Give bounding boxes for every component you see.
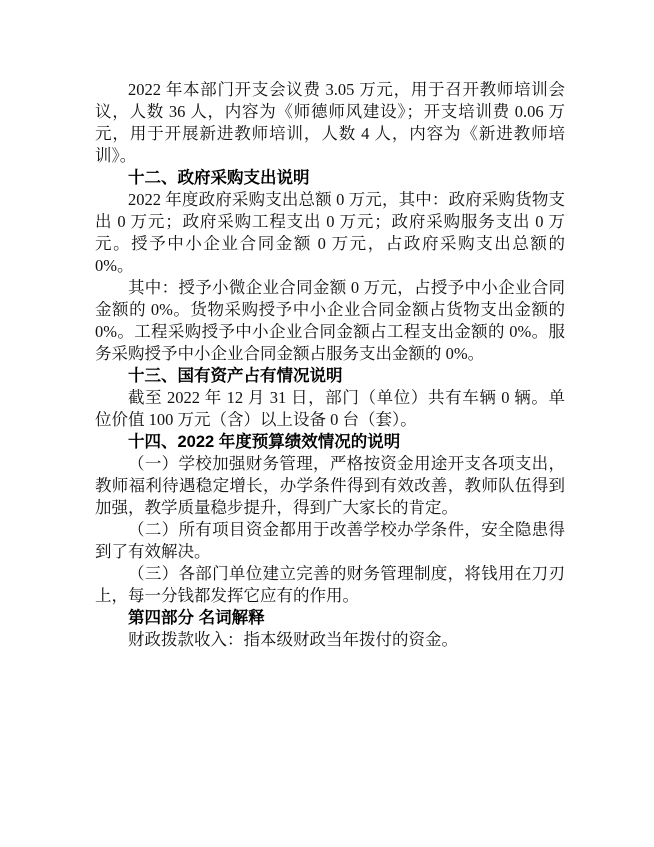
paragraph-procurement-total: 2022 年度政府采购支出总额 0 万元，其中：政府采购货物支出 0 万元；政府… — [95, 189, 565, 277]
paragraph-performance-item-3: （三）各部门单位建立完善的财务管理制度，将钱用在刀刃上，每一分钱都发挥它应有的作… — [95, 563, 565, 607]
paragraph-performance-item-1: （一）学校加强财务管理，严格按资金用途开支各项支出，教师福利待遇稳定增长，办学条… — [95, 453, 565, 519]
section-heading-13-state-assets: 十三、国有资产占有情况说明 — [95, 365, 565, 387]
paragraph-procurement-sme-share: 其中：授予小微企业合同金额 0 万元，占授予中小企业合同金额的 0%。货物采购授… — [95, 277, 565, 365]
section-heading-12-gov-procurement: 十二、政府采购支出说明 — [95, 167, 565, 189]
paragraph-conference-training-expense: 2022 年本部门开支会议费 3.05 万元，用于召开教师培训会议，人数 36 … — [95, 79, 565, 167]
paragraph-glossary-fiscal-income: 财政拨款收入：指本级财政当年拨付的资金。 — [95, 629, 565, 651]
paragraph-performance-item-2: （二）所有项目资金都用于改善学校办学条件，安全隐患得到了有效解决。 — [95, 519, 565, 563]
section-heading-14-budget-performance: 十四、2022 年度预算绩效情况的说明 — [95, 431, 565, 453]
paragraph-state-assets: 截至 2022 年 12 月 31 日，部门（单位）共有车辆 0 辆。单位价值 … — [95, 387, 565, 431]
document-page: 2022 年本部门开支会议费 3.05 万元，用于召开教师培训会议，人数 36 … — [0, 0, 654, 847]
section-heading-part4-glossary: 第四部分 名词解释 — [95, 607, 565, 629]
